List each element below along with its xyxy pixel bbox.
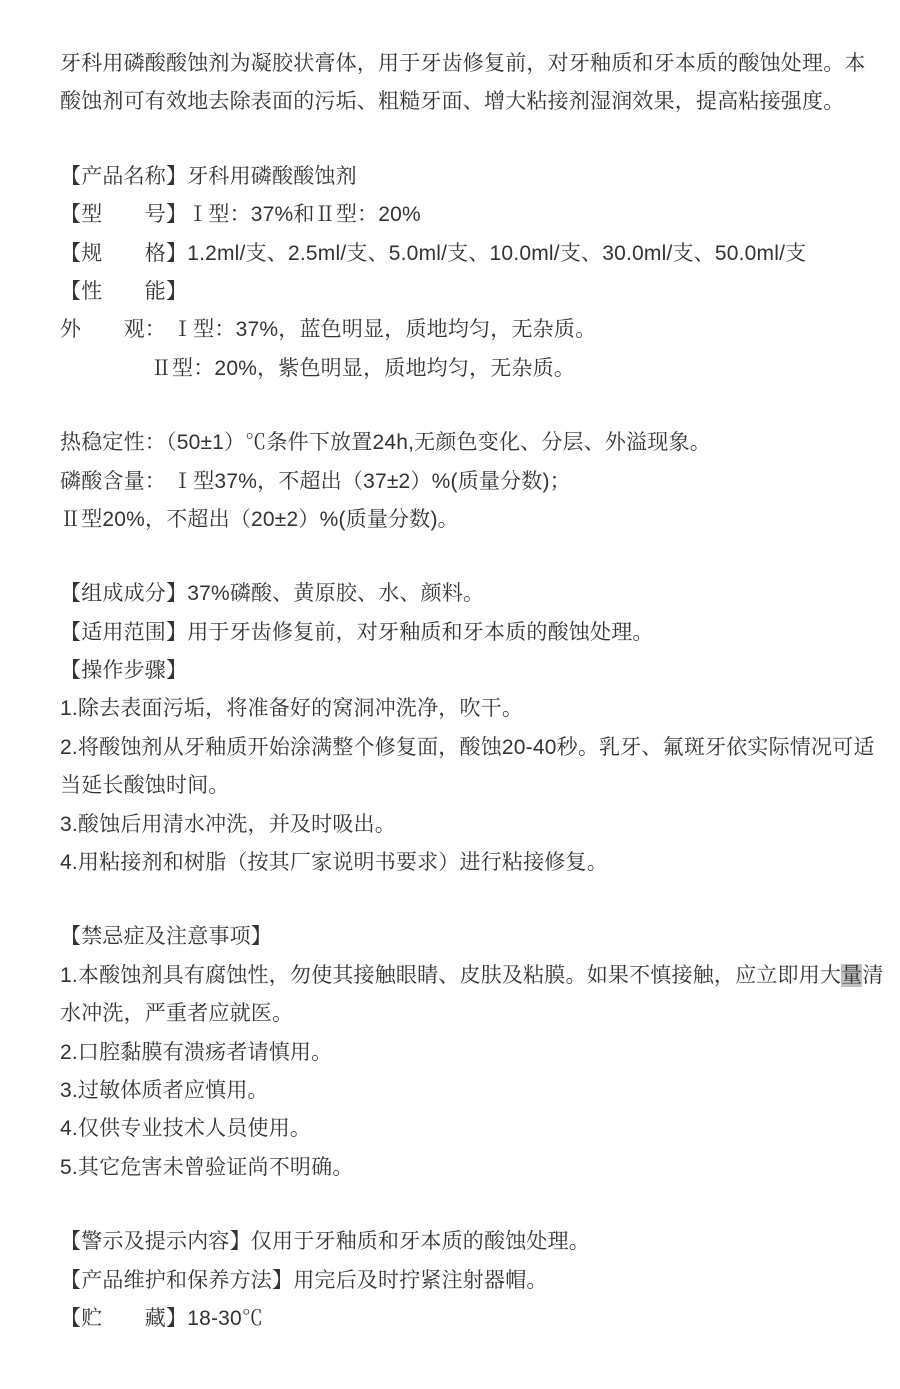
section-product-info: 【产品名称】牙科用磷酸酸蚀剂【型 号】Ⅰ型：37%和Ⅱ型：20%【规 格】1.2… <box>60 158 842 388</box>
text-line: 4.用粘接剂和树脂（按其厂家说明书要求）进行粘接修复。 <box>60 844 842 882</box>
text-line: 酸蚀剂可有效地去除表面的污垢、粗糙牙面、增大粘接剂湿润效果，提高粘接强度。 <box>60 83 842 121</box>
text-line: 【产品维护和保养方法】用完后及时拧紧注射器帽。 <box>60 1262 842 1300</box>
text-line: 当延长酸蚀时间。 <box>60 767 842 805</box>
text-line: 3.酸蚀后用清水冲洗，并及时吸出。 <box>60 806 842 844</box>
text-line: 5.其它危害未曾验证尚不明确。 <box>60 1149 842 1187</box>
text-line: 水冲洗，严重者应就医。 <box>60 995 842 1033</box>
text-line: 【产品名称】牙科用磷酸酸蚀剂 <box>60 158 842 196</box>
text-line: 【禁忌症及注意事项】 <box>60 918 842 956</box>
text-line: 【规 格】1.2ml/支、2.5ml/支、5.0ml/支、10.0ml/支、30… <box>60 235 842 273</box>
section-warnings-storage: 【警示及提示内容】仅用于牙釉质和牙本质的酸蚀处理。【产品维护和保养方法】用完后及… <box>60 1223 842 1338</box>
text-line: 3.过敏体质者应慎用。 <box>60 1072 842 1110</box>
text-segment: 清 <box>862 964 883 987</box>
text-segment: 1.本酸蚀剂具有腐蚀性，勿使其接触眼睛、皮肤及粘膜。如果不慎接触，应立即用大 <box>60 964 841 987</box>
text-line: 【操作步骤】 <box>60 652 842 690</box>
text-line: 4.仅供专业技术人员使用。 <box>60 1110 842 1148</box>
text-line: 【组成成分】37%磷酸、黄原胶、水、颜料。 <box>60 575 842 613</box>
text-line: 【警示及提示内容】仅用于牙釉质和牙本质的酸蚀处理。 <box>60 1223 842 1261</box>
text-line: Ⅱ型：20%，紫色明显，质地均匀，无杂质。 <box>60 350 842 388</box>
text-line: 【性 能】 <box>60 273 842 311</box>
text-line: 【贮 藏】18-30℃ <box>60 1300 842 1338</box>
text-line: 1.除去表面污垢，将准备好的窝洞冲洗净，吹干。 <box>60 690 842 728</box>
text-line: 2.将酸蚀剂从牙釉质开始涂满整个修复面，酸蚀20-40秒。乳牙、氟斑牙依实际情况… <box>60 729 842 767</box>
text-line: 1.本酸蚀剂具有腐蚀性，勿使其接触眼睛、皮肤及粘膜。如果不慎接触，应立即用大量清 <box>60 957 842 995</box>
text-line: 牙科用磷酸酸蚀剂为凝胶状膏体，用于牙齿修复前，对牙釉质和牙本质的酸蚀处理。本 <box>60 45 842 83</box>
text-line: 【适用范围】用于牙齿修复前，对牙釉质和牙本质的酸蚀处理。 <box>60 614 842 652</box>
text-line: Ⅱ型20%，不超出（20±2）%(质量分数)。 <box>60 501 842 539</box>
text-line: 磷酸含量： Ⅰ型37%，不超出（37±2）%(质量分数)； <box>60 463 842 501</box>
highlighted-char: 量 <box>841 964 862 987</box>
document-body: 牙科用磷酸酸蚀剂为凝胶状膏体，用于牙齿修复前，对牙釉质和牙本质的酸蚀处理。本酸蚀… <box>60 45 842 1338</box>
section-performance: 热稳定性：（50±1）℃条件下放置24h,无颜色变化、分层、外溢现象。磷酸含量：… <box>60 424 842 539</box>
text-line: 外 观： Ⅰ型：37%，蓝色明显，质地均匀，无杂质。 <box>60 311 842 349</box>
section-intro: 牙科用磷酸酸蚀剂为凝胶状膏体，用于牙齿修复前，对牙釉质和牙本质的酸蚀处理。本酸蚀… <box>60 45 842 122</box>
text-line: 【型 号】Ⅰ型：37%和Ⅱ型：20% <box>60 196 842 234</box>
section-contraindications: 【禁忌症及注意事项】1.本酸蚀剂具有腐蚀性，勿使其接触眼睛、皮肤及粘膜。如果不慎… <box>60 918 842 1187</box>
document-page: 牙科用磷酸酸蚀剂为凝胶状膏体，用于牙齿修复前，对牙釉质和牙本质的酸蚀处理。本酸蚀… <box>0 0 900 1389</box>
section-composition-usage-steps: 【组成成分】37%磷酸、黄原胶、水、颜料。【适用范围】用于牙齿修复前，对牙釉质和… <box>60 575 842 882</box>
text-line: 热稳定性：（50±1）℃条件下放置24h,无颜色变化、分层、外溢现象。 <box>60 424 842 462</box>
text-line: 2.口腔黏膜有溃疡者请慎用。 <box>60 1034 842 1072</box>
